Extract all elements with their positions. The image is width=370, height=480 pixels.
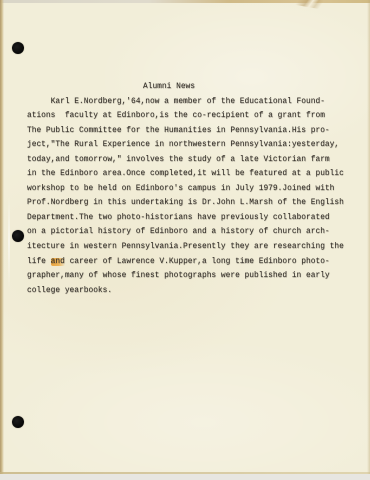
hole-punch-bottom	[12, 416, 24, 428]
scanner-strip	[0, 474, 370, 480]
line-segment-post: career of Lawrence V.Kupper,a long time …	[65, 258, 330, 266]
body-line: itecture in western Pennsylvania.Present…	[27, 240, 357, 255]
body-line: on a pictorial history of Edinboro and a…	[27, 225, 357, 240]
paper-edge-left	[0, 0, 4, 480]
body-line: ject,"The Rural Experience in northweste…	[27, 138, 357, 153]
hole-punch-middle	[12, 230, 24, 242]
hole-punch-top	[12, 42, 24, 54]
body-line: in the Edinboro area.Once completed,it w…	[27, 167, 357, 182]
highlighted-word: and	[51, 258, 65, 266]
body-line: Department.The two photo-historians have…	[27, 211, 357, 226]
body-line: today,and tomorrow," involves the study …	[27, 153, 357, 168]
body-line: ations faculty at Edinboro,is the co-rec…	[27, 109, 357, 124]
body-line: The Public Committee for the Humanities …	[27, 124, 357, 139]
scanned-page: Alumni News Karl E.Nordberg,'64,now a me…	[0, 0, 370, 480]
line-segment-pre: life	[27, 258, 51, 266]
body-line: grapher,many of whose finest photographs…	[27, 269, 357, 284]
body-line: college yearbooks.	[27, 284, 357, 299]
body-line-with-highlight: life and career of Lawrence V.Kupper,a l…	[27, 255, 357, 270]
body-line: workshop to be held on Edinboro's campus…	[27, 182, 357, 197]
document-title: Alumni News	[143, 80, 357, 95]
document-body: Alumni News Karl E.Nordberg,'64,now a me…	[27, 80, 357, 298]
paper-fold-streak	[8, 195, 10, 290]
body-line: Prof.Nordberg in this undertaking is Dr.…	[27, 196, 357, 211]
body-line: Karl E.Nordberg,'64,now a member of the …	[27, 95, 357, 110]
